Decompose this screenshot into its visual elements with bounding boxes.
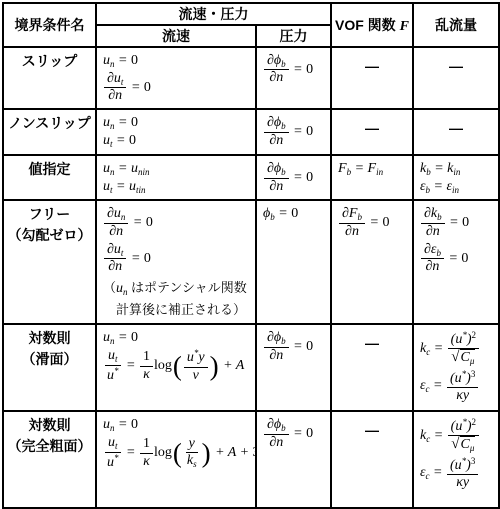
formula-text: ϕb = 0 — [263, 206, 298, 222]
formula-text: + A + 3.0 — [212, 445, 256, 461]
formula-text: = 0 — [127, 80, 150, 96]
formula-text: kc = — [420, 341, 447, 357]
fraction: utu* — [104, 348, 122, 383]
formula-text: = 0 — [129, 215, 152, 231]
formula-text: un = unin — [103, 161, 149, 177]
fraction: ∂kb∂n — [421, 206, 445, 239]
header-pressure: 圧力 — [256, 25, 331, 47]
fraction: ∂Fb∂n — [339, 206, 365, 239]
cell-velocity: un = 0ut = 0 — [96, 109, 256, 155]
cell-pressure: ∂ϕb∂n = 0 — [256, 411, 331, 508]
cell-turbulence: kc = (u*)2Cμεc = (u*)3κy — [413, 411, 499, 508]
fraction: yks — [184, 436, 200, 469]
table-row: スリップun = 0∂ut∂n = 0∂ϕb∂n = 0—— — [3, 47, 499, 109]
fraction: ∂ϕb∂n — [264, 115, 289, 148]
condition-name: スリップ — [3, 47, 96, 109]
formula-text: ut = utin — [103, 179, 145, 195]
cell-pressure: ∂ϕb∂n = 0 — [256, 324, 331, 411]
formula-text: = — [123, 445, 139, 461]
cell-pressure: ∂ϕb∂n = 0 — [256, 109, 331, 155]
sqrt: Cμ — [451, 349, 475, 366]
cell-pressure: ϕb = 0 — [256, 200, 331, 324]
header-vof-label: VOF 関数 — [335, 17, 396, 33]
formula-text: Fb = Fin — [338, 161, 383, 177]
fraction: ∂εb∂n — [421, 242, 444, 275]
fraction: ∂ϕb∂n — [264, 417, 289, 450]
cell-vof: Fb = Fin — [331, 155, 413, 200]
formula-text: un = 0 — [103, 417, 138, 433]
formula-text: 計算後に補正される） — [103, 299, 246, 319]
header-vof-function: VOF 関数F — [331, 3, 413, 47]
fraction: (u*)2Cμ — [448, 417, 479, 453]
cell-turbulence-empty: — — [413, 109, 499, 155]
formula-text: un = 0 — [103, 115, 138, 131]
condition-name: ノンスリップ — [3, 109, 96, 155]
formula-text: = 0 — [290, 170, 313, 186]
formula-text: = 0 — [366, 215, 389, 231]
cell-turbulence: ∂kb∂n = 0∂εb∂n = 0 — [413, 200, 499, 324]
right-paren: ) — [202, 441, 211, 465]
formula-text: = 0 — [290, 426, 313, 442]
header-vof-variable: F — [400, 19, 409, 34]
formula-text: kc = — [420, 428, 447, 444]
formula-text: （un はポテンシャル関数 — [103, 277, 247, 297]
formula-text: = 0 — [290, 339, 313, 355]
header-velocity: 流速 — [96, 25, 256, 47]
fraction: ∂ϕb∂n — [264, 53, 289, 86]
table-row: フリー（勾配ゼロ）∂un∂n = 0∂ut∂n = 0（un はポテンシャル関数… — [3, 200, 499, 324]
formula-text: εb = εin — [420, 179, 459, 195]
condition-name: 対数則（完全粗面） — [3, 411, 96, 508]
left-paren: ( — [173, 441, 182, 465]
sqrt: Cμ — [451, 436, 475, 453]
cell-turbulence: kb = kinεb = εin — [413, 155, 499, 200]
cell-vof-empty: — — [331, 47, 413, 109]
cell-turbulence-empty: — — [413, 47, 499, 109]
header-velocity-pressure: 流速・圧力 — [96, 3, 331, 25]
fraction: (u*)2Cμ — [448, 330, 479, 366]
fraction: 1κ — [140, 349, 153, 382]
condition-name: フリー（勾配ゼロ） — [3, 200, 96, 324]
fraction: u*yν — [184, 348, 208, 383]
condition-name: 値指定 — [3, 155, 96, 200]
cell-vof-empty: — — [331, 109, 413, 155]
formula-text: + A — [220, 358, 245, 374]
formula-text: ut = 0 — [103, 133, 136, 149]
formula-text: = 0 — [290, 62, 313, 78]
formula-text: = — [123, 358, 139, 374]
fraction: utu* — [104, 435, 122, 470]
formula-text: un = 0 — [103, 53, 138, 69]
cell-velocity: un = uninut = utin — [96, 155, 256, 200]
table-row: 対数則（完全粗面）un = 0utu* = 1κlog(yks) + A + 3… — [3, 411, 499, 508]
cell-velocity: un = 0utu* = 1κlog(u*yν) + A — [96, 324, 256, 411]
formula-text: log — [154, 445, 172, 461]
cell-velocity: ∂un∂n = 0∂ut∂n = 0（un はポテンシャル関数 計算後に補正され… — [96, 200, 256, 324]
formula-text: = 0 — [290, 124, 313, 140]
fraction: ∂un∂n — [104, 206, 128, 239]
table-row: ノンスリップun = 0ut = 0∂ϕb∂n = 0—— — [3, 109, 499, 155]
cell-pressure: ∂ϕb∂n = 0 — [256, 155, 331, 200]
cell-velocity: un = 0utu* = 1κlog(yks) + A + 3.0 — [96, 411, 256, 508]
formula-text: εc = — [420, 378, 446, 394]
formula-text: = 0 — [446, 215, 469, 231]
cell-vof-empty: — — [331, 324, 413, 411]
condition-name: 対数則（滑面） — [3, 324, 96, 411]
formula-text: un = 0 — [103, 330, 138, 346]
cell-velocity: un = 0∂ut∂n = 0 — [96, 47, 256, 109]
fraction: ∂ϕb∂n — [264, 161, 289, 194]
header-turbulence: 乱流量 — [413, 3, 499, 47]
header-condition-name: 境界条件名 — [3, 3, 96, 47]
cell-pressure: ∂ϕb∂n = 0 — [256, 47, 331, 109]
fraction: ∂ϕb∂n — [264, 330, 289, 363]
right-paren: ) — [210, 354, 219, 378]
fraction: 1κ — [140, 436, 153, 469]
cell-vof-empty: — — [331, 411, 413, 508]
fraction: (u*)3κy — [447, 456, 478, 491]
table-row: 対数則（滑面）un = 0utu* = 1κlog(u*yν) + A∂ϕb∂n… — [3, 324, 499, 411]
formula-text: = 0 — [445, 251, 468, 267]
fraction: (u*)3κy — [447, 369, 478, 404]
cell-vof: ∂Fb∂n = 0 — [331, 200, 413, 324]
boundary-conditions-table: 境界条件名 流速・圧力 VOF 関数F 乱流量 流速 圧力 スリップun = 0… — [2, 2, 500, 509]
header-row-1: 境界条件名 流速・圧力 VOF 関数F 乱流量 — [3, 3, 499, 25]
left-paren: ( — [173, 354, 182, 378]
formula-text: εc = — [420, 465, 446, 481]
fraction: ∂ut∂n — [104, 71, 126, 104]
table-row: 値指定un = uninut = utin∂ϕb∂n = 0Fb = Finkb… — [3, 155, 499, 200]
cell-turbulence: kc = (u*)2Cμεc = (u*)3κy — [413, 324, 499, 411]
formula-text: = 0 — [127, 251, 150, 267]
fraction: ∂ut∂n — [104, 242, 126, 275]
formula-text: log — [154, 358, 172, 374]
formula-text: kb = kin — [420, 161, 460, 177]
table-body: スリップun = 0∂ut∂n = 0∂ϕb∂n = 0——ノンスリップun =… — [3, 47, 499, 508]
